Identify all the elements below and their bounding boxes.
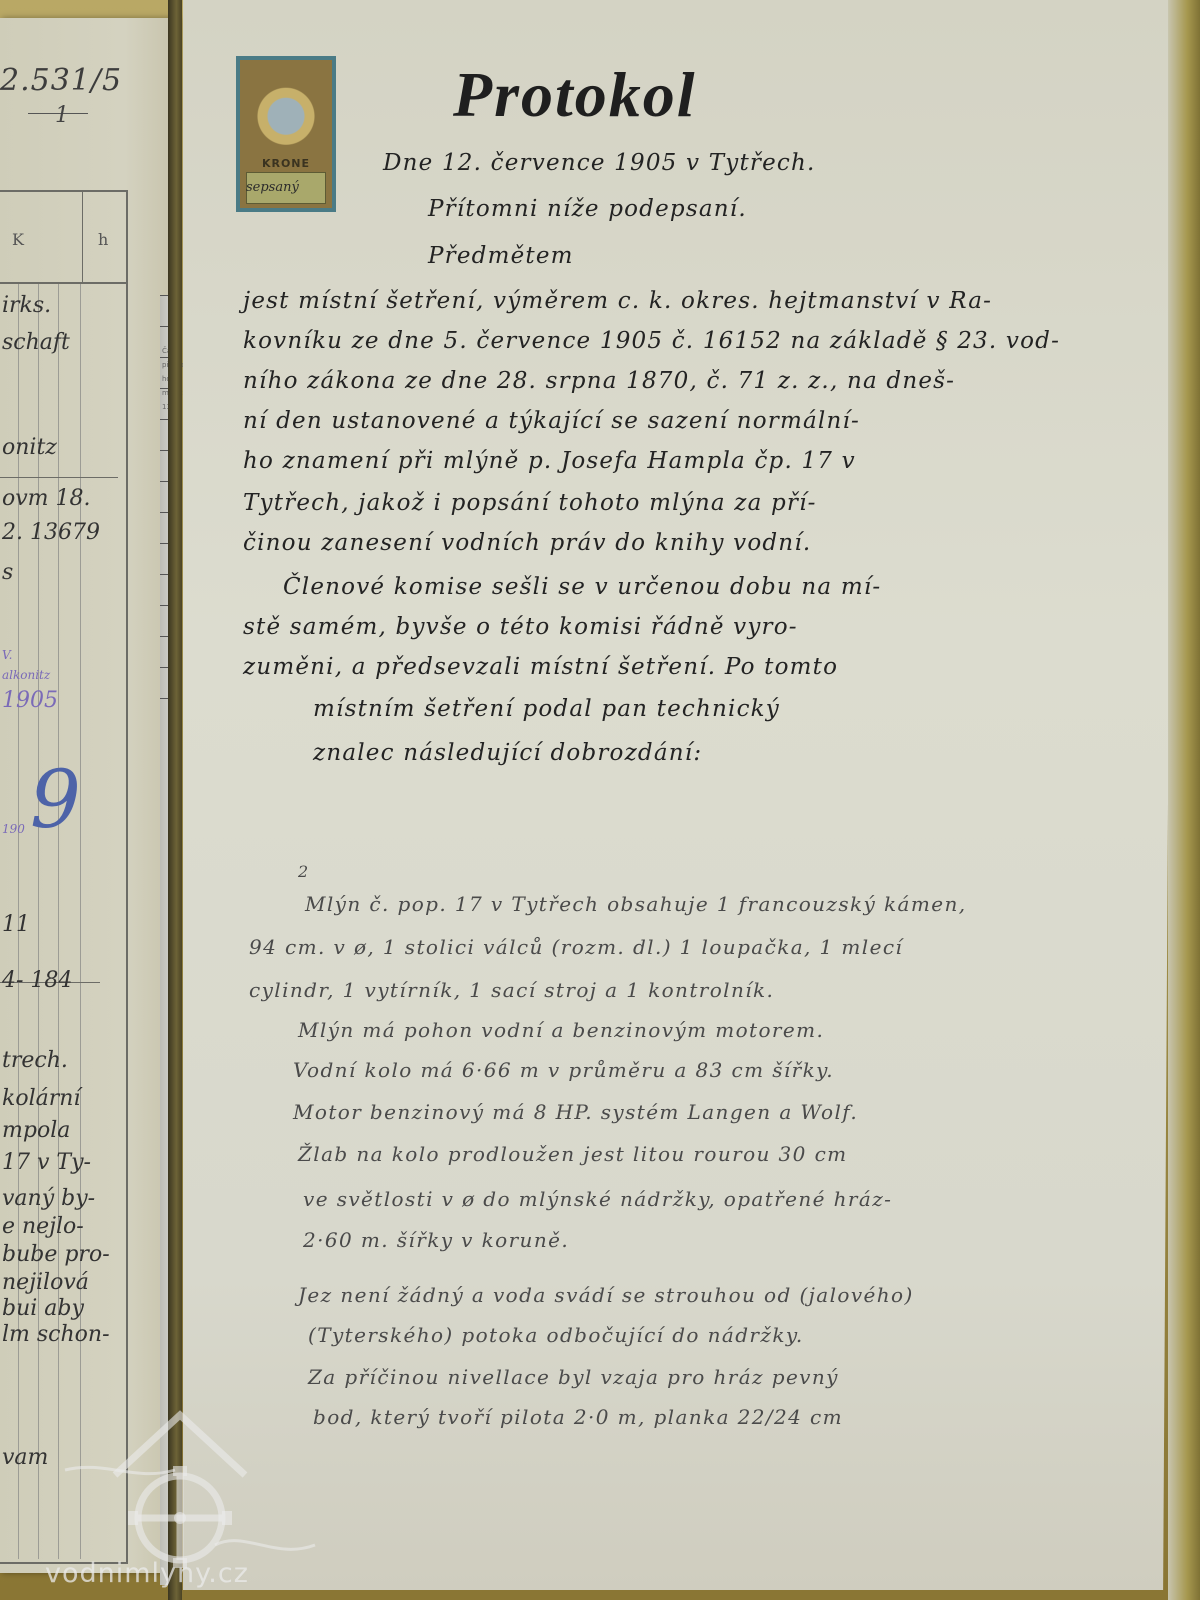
blue-pencil-numeral: 9 — [30, 753, 81, 846]
protocol-line: Tytřech, jakož i popsání tohoto mlýna za… — [243, 490, 817, 516]
pencil-note-line: ve světlosti v ø do mlýnské nádržky, opa… — [303, 1187, 892, 1211]
pencil-note-line: Za příčinou nivellace byl vzaja pro hráz… — [308, 1365, 839, 1389]
ledger-entry: kolární — [2, 1086, 80, 1111]
ledger-entry: bube pro- — [2, 1242, 110, 1267]
pencil-note-line: Mlýn č. pop. 17 v Tytřech obsahuje 1 fra… — [305, 892, 966, 916]
ledger-office-stamp-text: alkonitz — [2, 668, 50, 682]
binder-spine — [168, 0, 182, 1600]
pencil-note-line: cylindr, 1 vytírník, 1 sací stroj a 1 ko… — [249, 978, 774, 1002]
ledger-office-stamp-text: 190 — [2, 822, 25, 836]
column-header-h: h — [98, 230, 108, 249]
left-ledger-page: 2.531/5 1 K h irks.schaftonitzovm 18.2. … — [0, 18, 178, 1573]
pencil-section-marker: 2 — [298, 862, 310, 881]
pencil-note-line: bod, který tvoří pilota 2·0 m, planka 22… — [313, 1405, 843, 1429]
pencil-note-line: Motor benzinový má 8 HP. systém Langen a… — [293, 1100, 858, 1124]
ledger-entry: e nejlo- — [2, 1214, 84, 1239]
ledger-entry: irks. — [2, 293, 51, 318]
protocol-line: ho znamení při mlýně p. Josefa Hampla čp… — [243, 448, 856, 474]
ruling-line — [58, 284, 59, 1559]
ledger-reference-sub: 1 — [55, 103, 69, 128]
protocol-line: ního zákona ze dne 28. srpna 1870, č. 71… — [243, 368, 955, 394]
ruling-line — [38, 284, 39, 1559]
pencil-note-line: (Tyterského) potoka odbočující do nádržk… — [308, 1323, 804, 1347]
ledger-table-header: K h — [0, 192, 126, 284]
header-divider — [82, 192, 83, 282]
ledger-entry: ovm 18. — [2, 486, 91, 511]
ledger-entry: bui aby — [2, 1296, 84, 1321]
ledger-entry: lm schon- — [2, 1322, 110, 1347]
protocol-line: ní den ustanovené a týkající se sazení n… — [243, 408, 860, 434]
ledger-entry: vaný by- — [2, 1186, 95, 1211]
header-present-line: Přítomni níže podepsaní. — [428, 196, 747, 222]
column-header-k: K — [12, 230, 24, 249]
ledger-reference-number: 2.531/5 — [0, 63, 122, 98]
protocol-line: znalec následující dobrozdání: — [313, 740, 702, 766]
protocol-line: místním šetření podal pan technický — [313, 696, 780, 722]
ledger-entry: 2. 13679 — [2, 520, 100, 545]
ledger-entry: schaft — [2, 330, 70, 355]
ledger-entry: vam — [2, 1445, 48, 1470]
protocol-line: stě samém, byvše o této komisi řádně vyr… — [243, 614, 798, 640]
protocol-page: KRONE sepsaný Protokol Dne 12. července … — [183, 0, 1173, 1590]
protocol-line: činou zanesení vodních práv do knihy vod… — [243, 530, 811, 556]
protocol-line: Členové komise sešli se v určenou dobu n… — [283, 574, 881, 600]
ledger-entry: trech. — [2, 1048, 68, 1073]
watermark-site-name: vodnimlyny.cz — [45, 1558, 249, 1589]
row-divider — [0, 477, 118, 478]
pencil-note-line: Žlab na kolo prodloužen jest litou rouro… — [298, 1142, 848, 1166]
ledger-entry: 4- 184 — [2, 968, 72, 993]
ledger-entry: mpola — [2, 1118, 70, 1143]
document-title: Protokol — [453, 58, 697, 132]
protocol-line: jest místní šetření, výměrem c. k. okres… — [243, 288, 992, 314]
ruling-line — [80, 284, 81, 1559]
ledger-entry: onitz — [2, 435, 57, 460]
header-date-line: Dne 12. července 1905 v Tytřech. — [383, 150, 816, 176]
stamp-denomination: KRONE — [240, 157, 332, 170]
ledger-office-stamp-text: V. — [2, 648, 12, 662]
pencil-note-line: Jez není žádný a voda svádí se strouhou … — [298, 1283, 914, 1307]
ledger-table: K h — [0, 190, 128, 1564]
header-subject-line: Předmětem — [428, 243, 574, 269]
ledger-entry: 17 v Ty- — [2, 1150, 91, 1175]
ledger-office-stamp-text: 1905 — [2, 688, 58, 713]
protocol-line: zuměni, a předsevzali místní šetření. Po… — [243, 654, 838, 680]
pencil-note-line: Mlýn má pohon vodní a benzinovým motorem… — [298, 1018, 824, 1042]
pencil-note-line: 94 cm. v ø, 1 stolici válců (rozm. dl.) … — [249, 935, 903, 959]
right-page-edge — [1168, 0, 1200, 1600]
revenue-stamp: KRONE sepsaný — [236, 56, 336, 212]
ledger-entry: nejilová — [2, 1270, 89, 1295]
pencil-note-line: Vodní kolo má 6·66 m v průměru a 83 cm š… — [293, 1058, 834, 1082]
ledger-entry: 11 — [2, 912, 30, 937]
stamp-cancellation: sepsaný — [246, 180, 299, 195]
ledger-entry: s — [2, 560, 13, 585]
pencil-note-line: 2·60 m. šířky v koruně. — [303, 1228, 569, 1252]
protocol-line: kovníku ze dne 5. července 1905 č. 16152… — [243, 328, 1060, 354]
